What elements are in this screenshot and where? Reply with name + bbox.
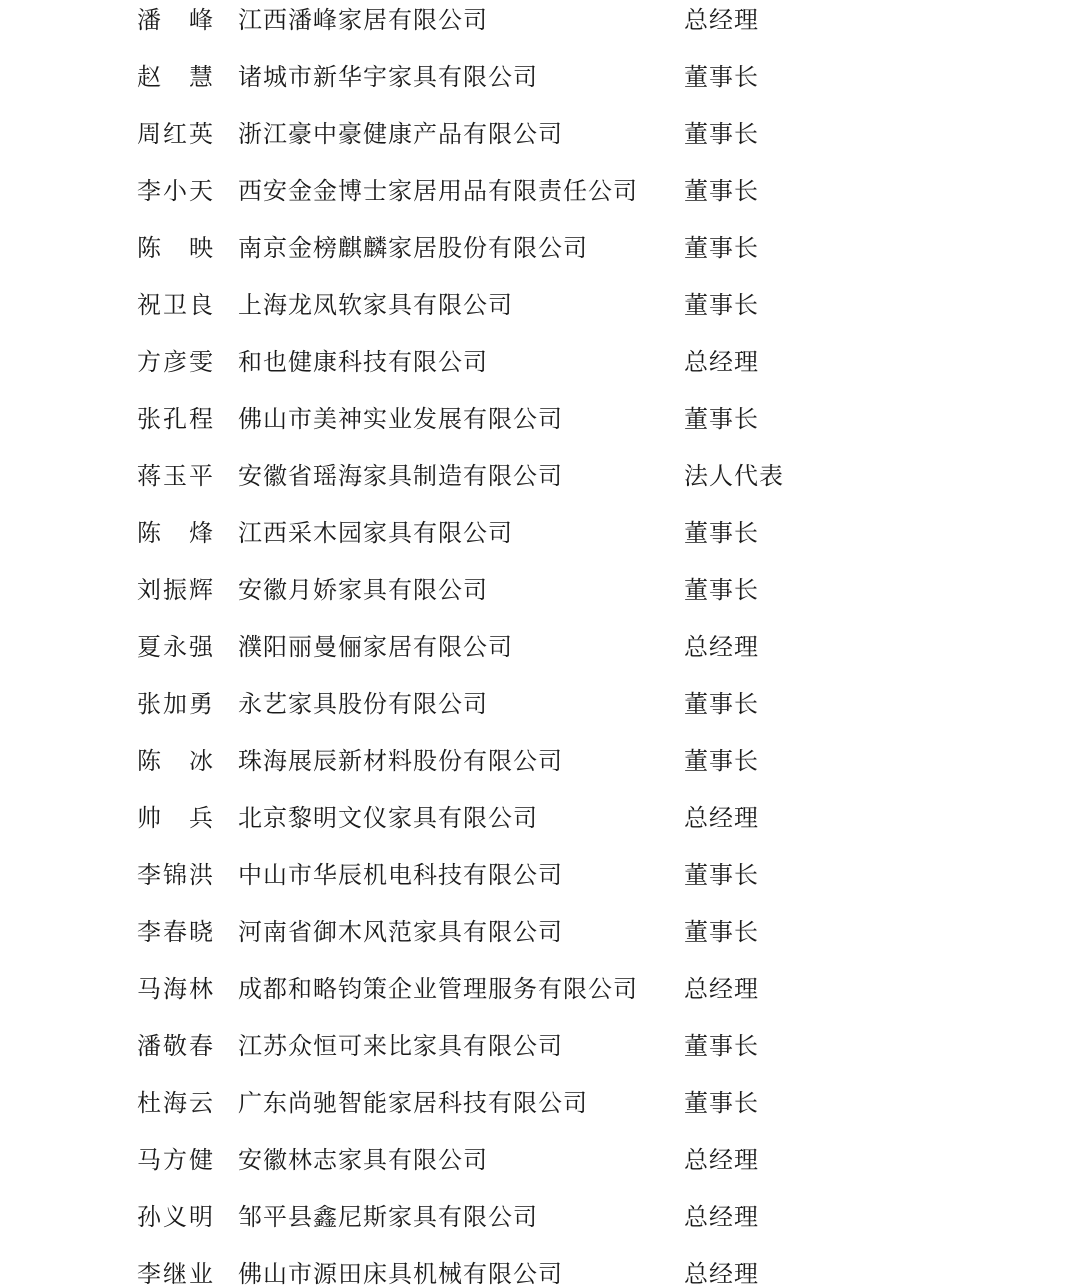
list-item: 陈 映 南京金榜麒麟家居股份有限公司 董事长 — [0, 228, 1080, 268]
company-name: 诸城市新华宇家具有限公司 — [238, 57, 538, 97]
list-item: 马方健 安徽林志家具有限公司 总经理 — [0, 1140, 1080, 1180]
company-name: 成都和略钧策企业管理服务有限公司 — [238, 969, 638, 1009]
job-title: 总经理 — [684, 969, 759, 1009]
person-name: 马海林 — [137, 969, 213, 1009]
list-item: 陈 冰 珠海展辰新材料股份有限公司 董事长 — [0, 741, 1080, 781]
company-name: 广东尚驰智能家居科技有限公司 — [238, 1083, 588, 1123]
job-title: 董事长 — [684, 855, 759, 895]
company-name: 邹平县鑫尼斯家具有限公司 — [238, 1197, 538, 1237]
company-name: 江西采木园家具有限公司 — [238, 513, 513, 553]
job-title: 董事长 — [684, 171, 759, 211]
person-name: 陈 冰 — [137, 741, 213, 781]
company-name: 安徽林志家具有限公司 — [238, 1140, 488, 1180]
company-name: 中山市华辰机电科技有限公司 — [238, 855, 563, 895]
job-title: 总经理 — [684, 1140, 759, 1180]
company-name: 河南省御木风范家具有限公司 — [238, 912, 563, 952]
company-name: 上海龙凤软家具有限公司 — [238, 285, 513, 325]
list-item: 周红英 浙江豪中豪健康产品有限公司 董事长 — [0, 114, 1080, 154]
person-name: 李小天 — [137, 171, 213, 211]
person-name: 祝卫良 — [137, 285, 213, 325]
person-name: 马方健 — [137, 1140, 213, 1180]
company-name: 南京金榜麒麟家居股份有限公司 — [238, 228, 588, 268]
job-title: 董事长 — [684, 228, 759, 268]
list-item: 帅 兵 北京黎明文仪家具有限公司 总经理 — [0, 798, 1080, 838]
list-item: 杜海云 广东尚驰智能家居科技有限公司 董事长 — [0, 1083, 1080, 1123]
job-title: 董事长 — [684, 285, 759, 325]
list-item: 李锦洪 中山市华辰机电科技有限公司 董事长 — [0, 855, 1080, 895]
job-title: 总经理 — [684, 1254, 759, 1288]
company-name: 佛山市源田床具机械有限公司 — [238, 1254, 563, 1288]
person-name: 周红英 — [137, 114, 213, 154]
list-item: 夏永强 濮阳丽曼俪家居有限公司 总经理 — [0, 627, 1080, 667]
person-name: 张加勇 — [137, 684, 213, 724]
company-name: 濮阳丽曼俪家居有限公司 — [238, 627, 513, 667]
list-item: 方彦雯 和也健康科技有限公司 总经理 — [0, 342, 1080, 382]
list-item: 陈 烽 江西采木园家具有限公司 董事长 — [0, 513, 1080, 553]
list-item: 蒋玉平 安徽省瑶海家具制造有限公司 法人代表 — [0, 456, 1080, 496]
person-name: 刘振辉 — [137, 570, 213, 610]
list-item: 孙义明 邹平县鑫尼斯家具有限公司 总经理 — [0, 1197, 1080, 1237]
job-title: 董事长 — [684, 570, 759, 610]
person-name: 潘敬春 — [137, 1026, 213, 1066]
list-item: 潘敬春 江苏众恒可来比家具有限公司 董事长 — [0, 1026, 1080, 1066]
job-title: 总经理 — [684, 1197, 759, 1237]
person-name: 帅 兵 — [137, 798, 213, 838]
person-name: 陈 烽 — [137, 513, 213, 553]
list-item: 刘振辉 安徽月娇家具有限公司 董事长 — [0, 570, 1080, 610]
job-title: 总经理 — [684, 0, 759, 40]
company-name: 永艺家具股份有限公司 — [238, 684, 488, 724]
person-name: 张孔程 — [137, 399, 213, 439]
company-name: 浙江豪中豪健康产品有限公司 — [238, 114, 563, 154]
job-title: 法人代表 — [684, 456, 784, 496]
person-name: 杜海云 — [137, 1083, 213, 1123]
company-name: 安徽月娇家具有限公司 — [238, 570, 488, 610]
company-name: 西安金金博士家居用品有限责任公司 — [238, 171, 638, 211]
person-name: 陈 映 — [137, 228, 213, 268]
person-name: 李继业 — [137, 1254, 213, 1288]
person-name: 蒋玉平 — [137, 456, 213, 496]
list-item: 李继业 佛山市源田床具机械有限公司 总经理 — [0, 1254, 1080, 1288]
company-name: 和也健康科技有限公司 — [238, 342, 488, 382]
person-name: 李春晓 — [137, 912, 213, 952]
list-item: 祝卫良 上海龙凤软家具有限公司 董事长 — [0, 285, 1080, 325]
person-name: 潘 峰 — [137, 0, 213, 40]
list-item: 潘 峰 江西潘峰家居有限公司 总经理 — [0, 0, 1080, 40]
job-title: 董事长 — [684, 399, 759, 439]
job-title: 董事长 — [684, 114, 759, 154]
job-title: 董事长 — [684, 912, 759, 952]
person-name: 李锦洪 — [137, 855, 213, 895]
person-name: 赵 慧 — [137, 57, 213, 97]
company-name: 珠海展辰新材料股份有限公司 — [238, 741, 563, 781]
company-name: 北京黎明文仪家具有限公司 — [238, 798, 538, 838]
job-title: 董事长 — [684, 1083, 759, 1123]
list-item: 马海林 成都和略钧策企业管理服务有限公司 总经理 — [0, 969, 1080, 1009]
job-title: 董事长 — [684, 513, 759, 553]
company-name: 江西潘峰家居有限公司 — [238, 0, 488, 40]
person-name: 孙义明 — [137, 1197, 213, 1237]
list-item: 李小天 西安金金博士家居用品有限责任公司 董事长 — [0, 171, 1080, 211]
list-item: 张加勇 永艺家具股份有限公司 董事长 — [0, 684, 1080, 724]
list-item: 张孔程 佛山市美神实业发展有限公司 董事长 — [0, 399, 1080, 439]
person-name: 夏永强 — [137, 627, 213, 667]
list-item: 李春晓 河南省御木风范家具有限公司 董事长 — [0, 912, 1080, 952]
company-name: 安徽省瑶海家具制造有限公司 — [238, 456, 563, 496]
company-name: 佛山市美神实业发展有限公司 — [238, 399, 563, 439]
job-title: 董事长 — [684, 741, 759, 781]
company-name: 江苏众恒可来比家具有限公司 — [238, 1026, 563, 1066]
job-title: 总经理 — [684, 798, 759, 838]
job-title: 董事长 — [684, 684, 759, 724]
job-title: 总经理 — [684, 627, 759, 667]
job-title: 董事长 — [684, 57, 759, 97]
list-item: 赵 慧 诸城市新华宇家具有限公司 董事长 — [0, 57, 1080, 97]
person-name: 方彦雯 — [137, 342, 213, 382]
job-title: 总经理 — [684, 342, 759, 382]
job-title: 董事长 — [684, 1026, 759, 1066]
